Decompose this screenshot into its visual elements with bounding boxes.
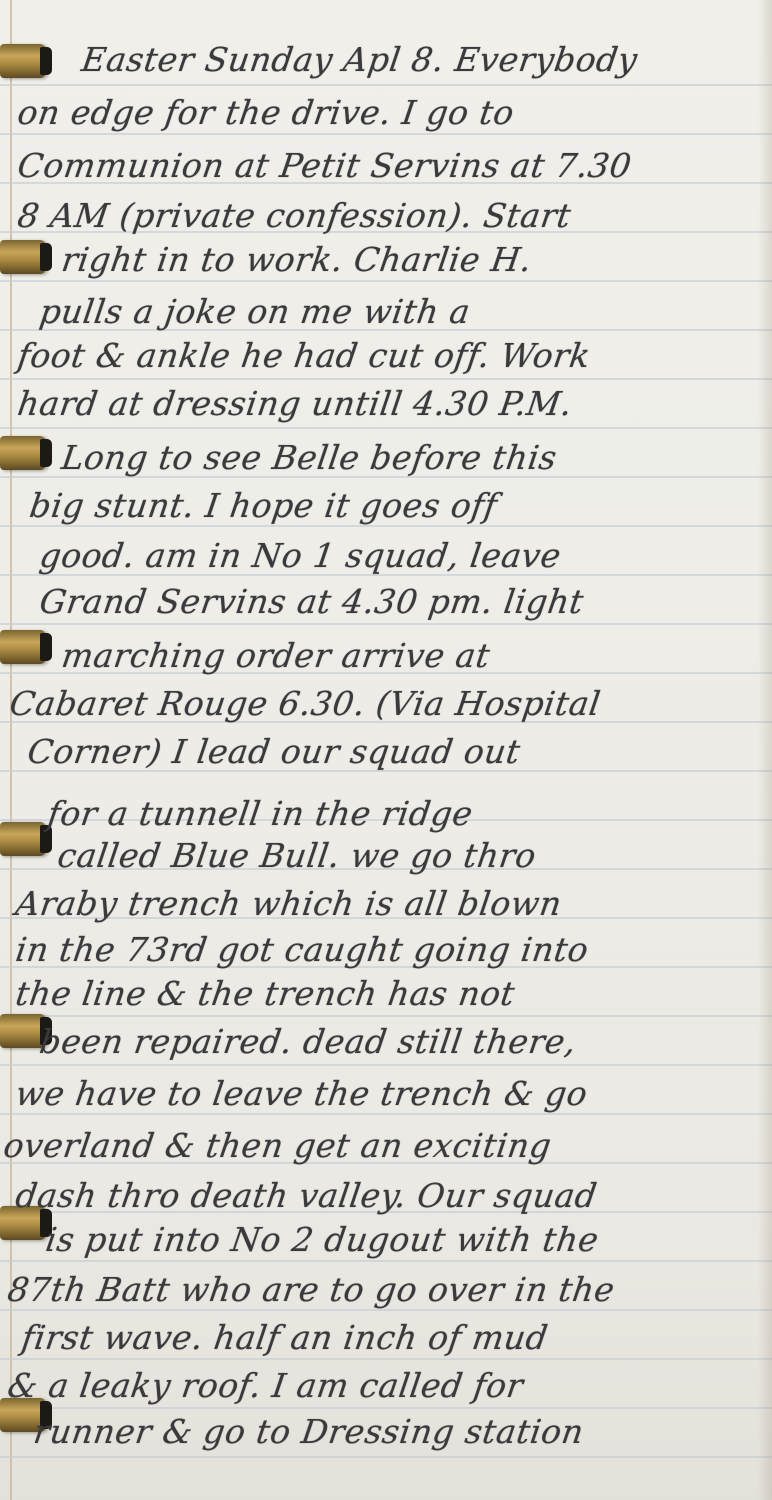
- ruled-line: [0, 1358, 772, 1360]
- text-line: dash thro death valley. Our squad: [13, 1176, 599, 1215]
- ruled-line: [0, 1064, 772, 1066]
- text-line: is put into No 2 dugout with the: [43, 1220, 601, 1259]
- spiral-ring-icon: [0, 44, 46, 78]
- text-line: the line & the trench has not: [13, 974, 517, 1013]
- text-line: foot & ankle he had cut off. Work: [15, 336, 593, 375]
- text-line: overland & then get an exciting: [1, 1126, 554, 1165]
- ruled-line: [0, 133, 772, 135]
- ruled-line: [0, 1260, 772, 1262]
- text-line: in the 73rd got caught going into: [13, 930, 591, 969]
- ruled-line: [0, 280, 772, 282]
- text-line: runner & go to Dressing station: [31, 1412, 586, 1451]
- text-line: Cabaret Rouge 6.30. (Via Hospital: [7, 684, 603, 723]
- text-line: right in to work. Charlie H.: [59, 240, 534, 279]
- ruled-line: [0, 525, 772, 527]
- text-line: been repaired. dead still there,: [37, 1022, 579, 1061]
- text-line: Long to see Belle before this: [59, 438, 559, 477]
- text-line: Corner) I lead our squad out: [25, 732, 523, 771]
- text-line: marching order arrive at: [59, 636, 492, 675]
- spiral-ring-icon: [0, 240, 46, 274]
- ruled-line: [0, 1456, 772, 1458]
- ruled-line: [0, 1113, 772, 1115]
- text-line: on edge for the drive. I go to: [15, 93, 517, 132]
- text-line: Communion at Petit Servins at 7.30: [15, 146, 634, 185]
- ruled-line: [0, 1309, 772, 1311]
- ruled-line: [0, 1407, 772, 1409]
- text-line: good. am in No 1 squad, leave: [37, 536, 563, 575]
- ruled-line: [0, 84, 772, 86]
- page-edge: [758, 0, 772, 1500]
- text-line: Grand Servins at 4.30 pm. light: [37, 582, 586, 621]
- diary-page: Easter Sunday Apl 8. Everybody on edge f…: [0, 0, 772, 1500]
- ruled-line: [0, 427, 772, 429]
- text-line: for a tunnell in the ridge: [45, 794, 475, 833]
- text-line: pulls a joke on me with a: [37, 292, 473, 331]
- text-line: first wave. half an inch of mud: [19, 1318, 550, 1357]
- text-line: big stunt. I hope it goes off: [27, 486, 500, 525]
- spiral-ring-icon: [0, 436, 46, 470]
- text-line: hard at dressing untill 4.30 P.M.: [15, 384, 575, 423]
- text-line: we have to leave the trench & go: [13, 1074, 590, 1113]
- text-line: Araby trench which is all blown: [13, 884, 564, 923]
- text-line: 8 AM (private confession). Start: [15, 196, 573, 235]
- spiral-ring-icon: [0, 822, 46, 856]
- text-line: 87th Batt who are to go over in the: [5, 1270, 617, 1309]
- text-line: & a leaky roof. I am called for: [5, 1366, 526, 1405]
- spiral-ring-icon: [0, 630, 46, 664]
- ruled-line: [0, 623, 772, 625]
- ruled-line: [0, 378, 772, 380]
- text-line: called Blue Bull. we go thro: [55, 836, 538, 875]
- text-line: Easter Sunday Apl 8. Everybody: [79, 40, 640, 79]
- ruled-line: [0, 1015, 772, 1017]
